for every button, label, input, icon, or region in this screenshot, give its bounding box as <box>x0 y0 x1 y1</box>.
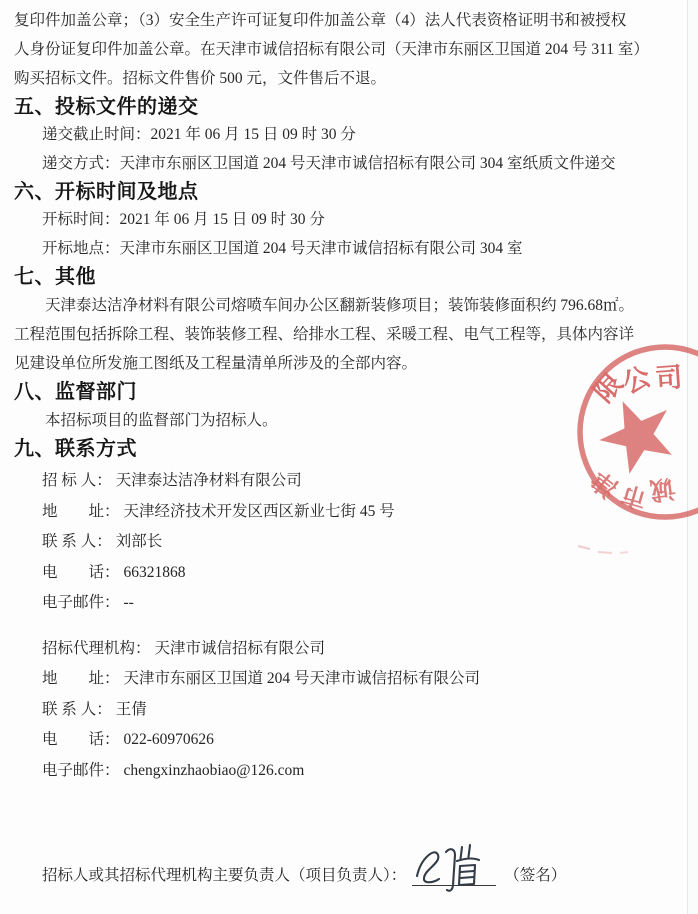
section-supervision: 八、监督部门 本招标项目的监督部门为招标人。 <box>14 381 648 435</box>
document-content: 复印件加盖公章；（3）安全生产许可证复印件加盖公章（4）法人代表资格证明书和被授… <box>0 0 698 888</box>
tenderer-email-value: -- <box>124 594 134 611</box>
tenderer-address-row: 地 址：天津经济技术开发区西区新业七街 45 号 <box>14 497 648 528</box>
submission-method: 递交方式：天津市东丽区卫国道 204 号天津市诚信招标有限公司 304 室纸质文… <box>14 150 648 179</box>
section-bid-submission: 五、投标文件的递交 递交截止时间：2021 年 06 月 15 日 09 时 3… <box>14 96 648 178</box>
submission-deadline: 递交截止时间：2021 年 06 月 15 日 09 时 30 分 <box>14 121 648 150</box>
section-other: 七、其他 天津泰达洁净材料有限公司熔喷车间办公区翻新装修项目；装饰装修面积约 7… <box>14 266 648 378</box>
project-scope-paragraph: 天津泰达洁净材料有限公司熔喷车间办公区翻新装修项目；装饰装修面积约 796.68… <box>14 291 648 378</box>
section7-heading: 七、其他 <box>14 266 648 289</box>
agency-phone-label: 电 话： <box>42 731 120 748</box>
agency-contact-block: 招标代理机构：天津市诚信招标有限公司 地 址：天津市东丽区卫国道 204 号天津… <box>14 634 648 787</box>
tenderer-phone-row: 电 话：66321868 <box>14 558 648 589</box>
agency-name-value: 天津市诚信招标有限公司 <box>155 640 326 657</box>
agency-address-row: 地 址：天津市东丽区卫国道 204 号天津市诚信招标有限公司 <box>14 664 648 695</box>
section8-heading: 八、监督部门 <box>14 381 648 404</box>
intro-line-3: 购买招标文件。招标文件售价 500 元，文件售后不退。 <box>14 64 648 93</box>
intro-line-2: 人身份证复印件加盖公章。在天津市诚信招标有限公司（天津市东丽区卫国道 204 号… <box>14 35 648 64</box>
tenderer-email-row: 电子邮件：-- <box>14 588 648 619</box>
agency-contact-person-value: 王倩 <box>116 701 147 718</box>
document-page: 复印件加盖公章；（3）安全生产许可证复印件加盖公章（4）法人代表资格证明书和被授… <box>0 0 698 914</box>
signature-suffix: （签名） <box>504 864 566 888</box>
tenderer-contact-person-label: 联 系 人： <box>42 533 112 550</box>
tenderer-contact-person-row: 联 系 人：刘部长 <box>14 527 648 558</box>
signature-row: 招标人或其招标代理机构主要负责人（项目负责人）： （签名） <box>14 864 648 888</box>
agency-contact-person-row: 联 系 人：王倩 <box>14 695 648 726</box>
signature-label: 招标人或其招标代理机构主要负责人（项目负责人）： <box>42 864 406 888</box>
agency-contact-person-label: 联 系 人： <box>42 701 112 718</box>
section5-heading: 五、投标文件的递交 <box>14 96 648 119</box>
section6-heading: 六、开标时间及地点 <box>14 181 648 204</box>
tenderer-name-row: 招 标 人：天津泰达洁净材料有限公司 <box>14 466 648 497</box>
tenderer-address-label: 地 址： <box>42 503 120 520</box>
agency-email-row: 电子邮件：chengxinzhaobiao@126.com <box>14 756 648 787</box>
tenderer-email-label: 电子邮件： <box>42 594 120 611</box>
tenderer-address-value: 天津经济技术开发区西区新业七街 45 号 <box>124 503 395 520</box>
agency-phone-value: 022-60970626 <box>124 731 214 748</box>
agency-address-value: 天津市东丽区卫国道 204 号天津市诚信招标有限公司 <box>124 670 481 687</box>
agency-name-label: 招标代理机构： <box>42 640 151 657</box>
section9-heading: 九、联系方式 <box>14 438 648 461</box>
intro-paragraph: 复印件加盖公章；（3）安全生产许可证复印件加盖公章（4）法人代表资格证明书和被授… <box>14 6 648 93</box>
intro-line-1: 复印件加盖公章；（3）安全生产许可证复印件加盖公章（4）法人代表资格证明书和被授… <box>14 6 648 35</box>
tenderer-contact-person-value: 刘部长 <box>116 533 163 550</box>
signature-line <box>412 864 496 886</box>
agency-email-value: chengxinzhaobiao@126.com <box>124 762 305 779</box>
tenderer-name-value: 天津泰达洁净材料有限公司 <box>116 472 302 489</box>
tenderer-contact-block: 招 标 人：天津泰达洁净材料有限公司 地 址：天津经济技术开发区西区新业七街 4… <box>14 466 648 619</box>
tenderer-name-label: 招 标 人： <box>42 472 112 489</box>
agency-name-row: 招标代理机构：天津市诚信招标有限公司 <box>14 634 648 665</box>
tenderer-phone-value: 66321868 <box>124 564 186 581</box>
section-contact: 九、联系方式 招 标 人：天津泰达洁净材料有限公司 地 址：天津经济技术开发区西… <box>14 438 648 786</box>
handwritten-signature <box>412 840 498 894</box>
section-bid-opening: 六、开标时间及地点 开标时间：2021 年 06 月 15 日 09 时 30 … <box>14 181 648 263</box>
agency-address-label: 地 址： <box>42 670 120 687</box>
supervision-paragraph: 本招标项目的监督部门为招标人。 <box>14 406 648 435</box>
opening-location: 开标地点：天津市东丽区卫国道 204 号天津市诚信招标有限公司 304 室 <box>14 235 648 264</box>
agency-email-label: 电子邮件： <box>42 762 120 779</box>
agency-phone-row: 电 话：022-60970626 <box>14 725 648 756</box>
tenderer-phone-label: 电 话： <box>42 564 120 581</box>
opening-time: 开标时间：2021 年 06 月 15 日 09 时 30 分 <box>14 206 648 235</box>
